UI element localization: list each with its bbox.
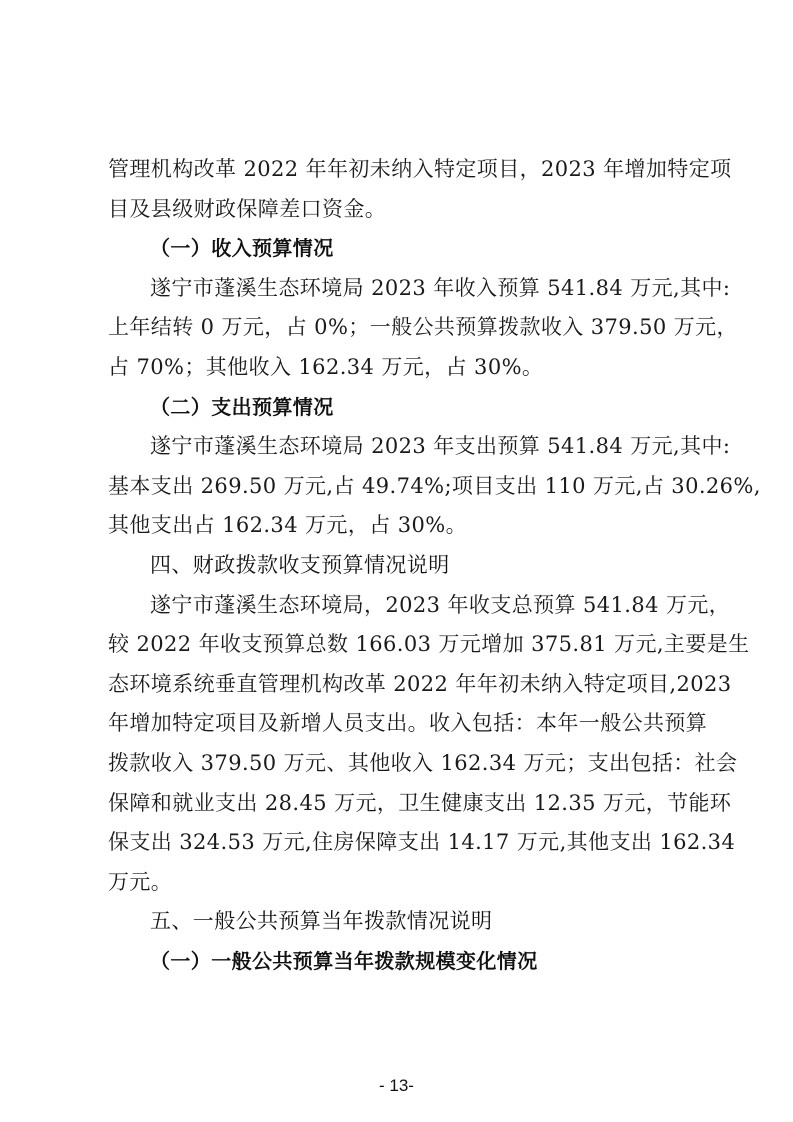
body-line: 遂宁市蓬溪生态环境局，2023 年收支总预算 541.84 万元， — [108, 586, 694, 626]
heading-section-4: 四、财政拨款收支预算情况说明 — [108, 546, 694, 586]
body-line: 拨款收入 379.50 万元、其他收入 162.34 万元；支出包括：社会 — [108, 744, 694, 784]
body-line: 年增加特定项目及新增人员支出。收入包括：本年一般公共预算 — [108, 704, 694, 744]
body-line: 保支出 324.53 万元,住房保障支出 14.17 万元,其他支出 162.3… — [108, 823, 694, 863]
page-content: 管理机构改革 2022 年年初未纳入特定项目，2023 年增加特定项 目及县级财… — [108, 150, 694, 981]
body-line: 较 2022 年收支预算总数 166.03 万元增加 375.81 万元,主要是… — [108, 625, 694, 665]
body-line: 态环境系统垂直管理机构改革 2022 年年初未纳入特定项目,2023 — [108, 665, 694, 705]
page-number: - 13- — [0, 1076, 793, 1096]
body-line: 其他支出占 162.34 万元，占 30%。 — [108, 506, 694, 546]
body-line: 遂宁市蓬溪生态环境局 2023 年支出预算 541.84 万元,其中: — [108, 427, 694, 467]
body-line: 保障和就业支出 28.45 万元，卫生健康支出 12.35 万元，节能环 — [108, 784, 694, 824]
body-line: 万元。 — [108, 863, 694, 903]
body-line: 目及县级财政保障差口资金。 — [108, 190, 694, 230]
document-page: 管理机构改革 2022 年年初未纳入特定项目，2023 年增加特定项 目及县级财… — [0, 0, 793, 1122]
subheading-expense-budget: （二）支出预算情况 — [108, 388, 694, 428]
subheading-appropriation-scale: （一）一般公共预算当年拨款规模变化情况 — [108, 942, 694, 982]
body-line: 占 70%；其他收入 162.34 万元，占 30%。 — [108, 348, 694, 388]
body-line: 上年结转 0 万元，占 0%；一般公共预算拨款收入 379.50 万元， — [108, 308, 694, 348]
body-line: 基本支出 269.50 万元,占 49.74%;项目支出 110 万元,占 30… — [108, 467, 694, 507]
body-line: 管理机构改革 2022 年年初未纳入特定项目，2023 年增加特定项 — [108, 150, 694, 190]
body-line: 遂宁市蓬溪生态环境局 2023 年收入预算 541.84 万元,其中: — [108, 269, 694, 309]
subheading-income-budget: （一）收入预算情况 — [108, 229, 694, 269]
heading-section-5: 五、一般公共预算当年拨款情况说明 — [108, 902, 694, 942]
